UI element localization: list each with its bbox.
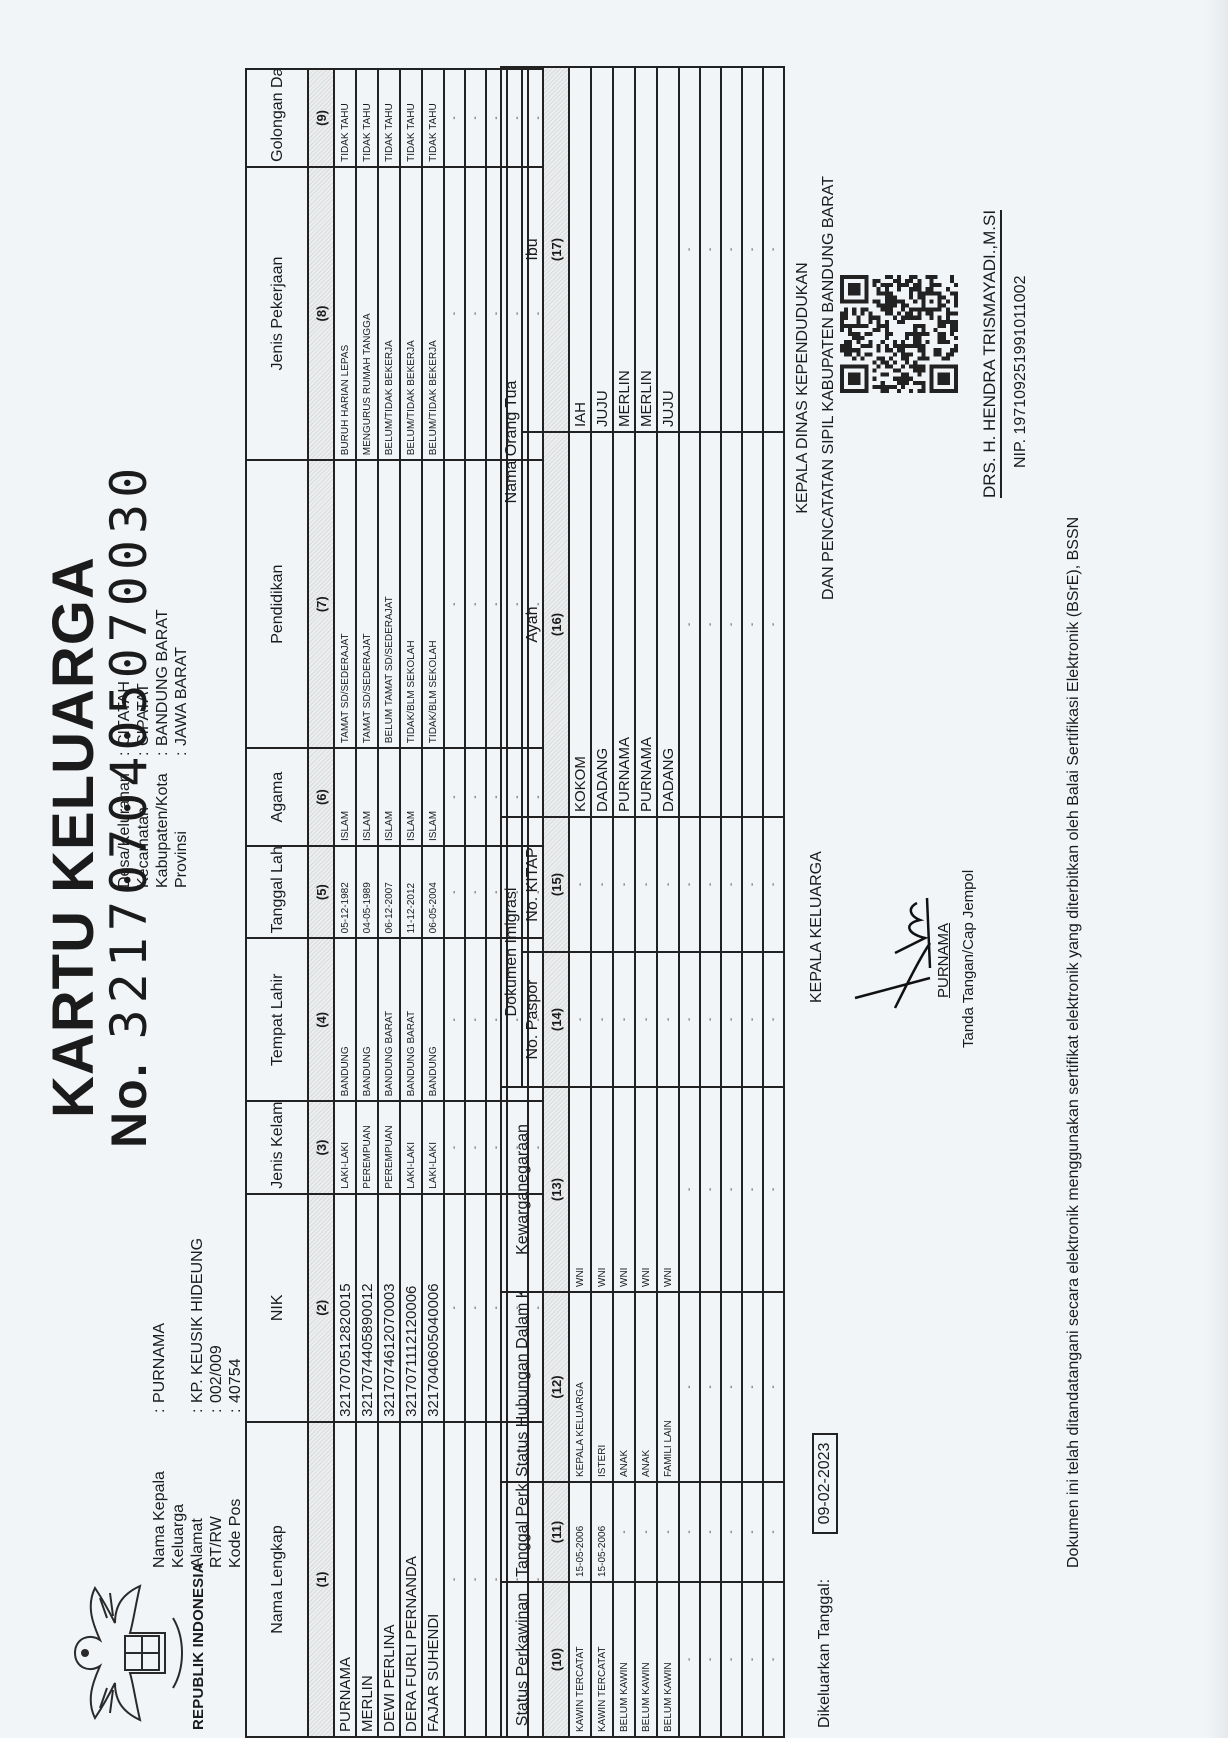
issued-date-block: Dikeluarkan Tanggal: 09-02-2023	[812, 1433, 838, 1728]
table-cell-empty: -	[465, 748, 486, 846]
table-row-empty: ---------	[465, 69, 486, 1737]
table-cell-empty: -	[465, 167, 486, 460]
table-cell: IAH	[569, 67, 591, 432]
table-row-empty: --------	[700, 67, 721, 1737]
table-cell: -	[613, 1482, 635, 1582]
table-cell: MENGURUS RUMAH TANGGA	[356, 167, 378, 460]
table1-number-row: (1)(2)(3)(4)(5)(6)(7)(8)(9)	[308, 69, 334, 1737]
col-number: (8)	[308, 167, 334, 460]
table-cell: ISLAM	[356, 748, 378, 846]
table-cell-empty: -	[465, 1194, 486, 1422]
label-kecamatan: Kecamatan	[134, 756, 153, 888]
th-col-4: Tempat Lahir	[246, 938, 308, 1101]
table-cell-empty: -	[721, 1292, 742, 1482]
table-cell-empty: -	[763, 952, 784, 1087]
table-cell-empty: -	[679, 1292, 700, 1482]
table-cell: BELUM/TIDAK BEKERJA	[422, 167, 444, 460]
table-cell: BELUM/TIDAK BEKERJA	[400, 167, 422, 460]
table-cell: LAKI-LAKI	[334, 1101, 356, 1193]
table-cell-empty: -	[763, 67, 784, 432]
table-cell-empty: -	[679, 432, 700, 817]
table-cell-empty: -	[763, 1292, 784, 1482]
table-row: DERA FURLI PERNANDA3217071112120006LAKI-…	[400, 69, 422, 1737]
table-cell-empty: -	[700, 817, 721, 952]
table-cell-empty: -	[679, 1582, 700, 1737]
col-number: (15)	[543, 817, 569, 952]
table-cell: 3217040605040006	[422, 1194, 444, 1422]
th-no-paspor: No. Paspor	[522, 952, 543, 1087]
table-cell: KEPALA KELUARGA	[569, 1292, 591, 1482]
table-cell: TIDAK TAHU	[356, 69, 378, 167]
table-cell-empty: -	[679, 67, 700, 432]
issued-date: 09-02-2023	[812, 1433, 838, 1535]
table-cell: WNI	[635, 1087, 657, 1292]
col-number: (10)	[543, 1582, 569, 1737]
table-cell: MERLIN	[356, 1422, 378, 1737]
table-cell: -	[635, 817, 657, 952]
col-number: (4)	[308, 938, 334, 1101]
table-cell-empty: -	[742, 67, 763, 432]
table-cell-empty: -	[444, 1422, 465, 1737]
table-cell-empty: -	[721, 817, 742, 952]
th-col-8: Jenis Pekerjaan	[246, 167, 308, 460]
table-cell: DERA FURLI PERNANDA	[400, 1422, 422, 1737]
th-status-perkawinan: Status Perkawinan	[501, 1582, 543, 1737]
table-cell: BANDUNG BARAT	[400, 938, 422, 1101]
label-provinsi: Provinsi	[172, 756, 191, 888]
table-cell: BANDUNG	[334, 938, 356, 1101]
table-cell-empty: -	[444, 748, 465, 846]
table1-header-row: Nama LengkapNIKJenis KelaminTempat Lahir…	[246, 69, 308, 1737]
col-number: (2)	[308, 1194, 334, 1422]
th-no-kitap: No. KITAP	[522, 817, 543, 952]
table-cell: ANAK	[635, 1292, 657, 1482]
table-row-empty: --------	[763, 67, 784, 1737]
table-cell-empty: -	[721, 1087, 742, 1292]
table-cell: FAMILI LAIN	[657, 1292, 679, 1482]
table-cell: LAKI-LAKI	[422, 1101, 444, 1193]
th-ayah: Ayah	[522, 432, 543, 817]
label-nama-kepala: Nama Kepala Keluarga	[150, 1413, 188, 1568]
th-col-5: Tanggal Lahir	[246, 846, 308, 938]
table-cell: DEWI PERLINA	[378, 1422, 400, 1737]
table-cell-empty: -	[444, 167, 465, 460]
table-cell: 05-12-1982	[334, 846, 356, 938]
col-number: (5)	[308, 846, 334, 938]
table-cell: TAMAT SD/SEDERAJAT	[356, 460, 378, 748]
table-cell-empty: -	[465, 1422, 486, 1737]
table-cell: 15-05-2006	[591, 1482, 613, 1582]
issued-label: Dikeluarkan Tanggal:	[816, 1579, 833, 1728]
th-col-3: Jenis Kelamin	[246, 1101, 308, 1193]
label-rtrw: RT/RW	[207, 1413, 226, 1568]
kk-number-label: No.	[101, 1061, 157, 1148]
table-cell: TIDAK/BLM SEKOLAH	[422, 460, 444, 748]
table-cell: 3217071112120006	[400, 1194, 422, 1422]
official-name: DRS. H. HENDRA TRISMAYADI.,M.SI	[980, 210, 1002, 498]
table-cell: PURNAMA	[613, 432, 635, 817]
th-col-1: Nama Lengkap	[246, 1422, 308, 1737]
table-cell: KOKOM	[569, 432, 591, 817]
kk-signature-note: Tanda Tangan/Cap Jempol	[960, 870, 977, 1048]
table-cell-empty: -	[679, 1087, 700, 1292]
household-info-left: Nama Kepala Keluarga:PURNAMA Alamat:KP. …	[150, 1238, 245, 1568]
table-cell-empty: -	[700, 1482, 721, 1582]
table-cell-empty: -	[763, 817, 784, 952]
table-cell: 3217070512820015	[334, 1194, 356, 1422]
table-cell-empty: -	[742, 1087, 763, 1292]
table-row: BELUM KAWIN-ANAKWNI--PURNAMAMERLIN	[613, 67, 635, 1737]
table-cell: 06-05-2004	[422, 846, 444, 938]
table-row: DEWI PERLINA3217074612070003PEREMPUANBAN…	[378, 69, 400, 1737]
table-cell: WNI	[569, 1087, 591, 1292]
col-number: (6)	[308, 748, 334, 846]
table2-body: KAWIN TERCATAT15-05-2006KEPALA KELUARGAW…	[569, 67, 784, 1737]
table-cell-empty: -	[679, 817, 700, 952]
table-cell: BURUH HARIAN LEPAS	[334, 167, 356, 460]
table-cell: -	[657, 952, 679, 1087]
th-col-7: Pendidikan	[246, 460, 308, 748]
value-kode-pos: 40754	[226, 1359, 245, 1404]
th-dokumen-imigrasi: Dokumen Imigrasi	[501, 817, 522, 1087]
table-cell-empty: -	[465, 846, 486, 938]
label-alamat: Alamat	[188, 1413, 207, 1568]
table-cell: -	[635, 952, 657, 1087]
table-cell: TIDAK TAHU	[334, 69, 356, 167]
table-cell: PURNAMA	[334, 1422, 356, 1737]
th-kewarganegaraan: Kewarganegaraan	[501, 1087, 543, 1292]
table-cell-empty: -	[742, 1482, 763, 1582]
th-col-9: Golongan Darah	[246, 69, 308, 167]
table-cell-empty: -	[742, 817, 763, 952]
table-cell: -	[635, 1482, 657, 1582]
table-cell: ISLAM	[400, 748, 422, 846]
table-cell: ISTERI	[591, 1292, 613, 1482]
table-cell: BELUM KAWIN	[613, 1582, 635, 1737]
table-cell-empty: -	[465, 938, 486, 1101]
table-cell-empty: -	[679, 952, 700, 1087]
table-cell-empty: -	[763, 1482, 784, 1582]
table-cell-empty: -	[679, 1482, 700, 1582]
table-cell-empty: -	[763, 1582, 784, 1737]
table-cell: PURNAMA	[635, 432, 657, 817]
table-cell-empty: -	[742, 1582, 763, 1737]
table-row-empty: ---------	[444, 69, 465, 1737]
electronic-signature-disclaimer: Dokumen ini telah ditandatangani secara …	[1065, 517, 1083, 1568]
family-card-document: REPUBLIK INDONESIA KARTU KELUARGA No.321…	[0, 0, 1228, 1738]
table-cell-empty: -	[444, 1194, 465, 1422]
table-cell: DADANG	[591, 432, 613, 817]
table-cell-empty: -	[763, 432, 784, 817]
table-cell: PEREMPUAN	[378, 1101, 400, 1193]
table-cell: BANDUNG	[422, 938, 444, 1101]
table-cell: MERLIN	[613, 67, 635, 432]
table-cell-empty: -	[444, 69, 465, 167]
garuda-emblem-icon	[55, 1578, 195, 1728]
table-cell-empty: -	[465, 460, 486, 748]
table-cell-empty: -	[721, 67, 742, 432]
table-cell: PEREMPUAN	[356, 1101, 378, 1193]
table-cell: -	[613, 952, 635, 1087]
family-status-table: Status Perkawinan Tanggal Perkawinan Sta…	[500, 66, 785, 1738]
table-cell: LAKI-LAKI	[400, 1101, 422, 1193]
table-cell: 3217074405890012	[356, 1194, 378, 1422]
table-cell-empty: -	[763, 1087, 784, 1292]
table-row: KAWIN TERCATAT15-05-2006KEPALA KELUARGAW…	[569, 67, 591, 1737]
table-row-empty: --------	[742, 67, 763, 1737]
table-cell: 15-05-2006	[569, 1482, 591, 1582]
table-cell: ISLAM	[422, 748, 444, 846]
table-cell: 06-12-2007	[378, 846, 400, 938]
document-title: KARTU KELUARGA	[40, 556, 107, 1118]
table-cell: TIDAK TAHU	[378, 69, 400, 167]
table-row: FAJAR SUHENDI3217040605040006LAKI-LAKIBA…	[422, 69, 444, 1737]
qr-code-icon	[840, 275, 958, 393]
th-ibu: Ibu	[522, 67, 543, 432]
th-col-2: NIK	[246, 1194, 308, 1422]
table-cell-empty: -	[444, 460, 465, 748]
table-cell: BELUM KAWIN	[657, 1582, 679, 1737]
table-cell-empty: -	[700, 952, 721, 1087]
table-cell: WNI	[613, 1087, 635, 1292]
table-cell: 04-05-1989	[356, 846, 378, 938]
table-row: BELUM KAWIN-FAMILI LAINWNI--DADANGJUJU	[657, 67, 679, 1737]
kk-signature-title: KEPALA KELUARGA	[808, 851, 826, 1003]
col-number: (17)	[543, 67, 569, 432]
table-cell: -	[591, 952, 613, 1087]
table-cell: FAJAR SUHENDI	[422, 1422, 444, 1737]
table-cell-empty: -	[444, 938, 465, 1101]
table2-header-row-1: Status Perkawinan Tanggal Perkawinan Sta…	[501, 67, 522, 1737]
table-cell-empty: -	[742, 432, 763, 817]
col-number: (13)	[543, 1087, 569, 1292]
th-status-hubungan: Status Hubungan Dalam Keluarga	[501, 1292, 543, 1482]
table-cell-empty: -	[700, 67, 721, 432]
table-row: BELUM KAWIN-ANAKWNI--PURNAMAMERLIN	[635, 67, 657, 1737]
table-cell: ANAK	[613, 1292, 635, 1482]
col-number: (14)	[543, 952, 569, 1087]
col-number: (11)	[543, 1482, 569, 1582]
table-cell: TIDAK/BLM SEKOLAH	[400, 460, 422, 748]
table-cell: BANDUNG	[356, 938, 378, 1101]
table-row: PURNAMA3217070512820015LAKI-LAKIBANDUNG0…	[334, 69, 356, 1737]
value-provinsi: JAWA BARAT	[172, 647, 191, 746]
table-cell: 11-12-2012	[400, 846, 422, 938]
table-cell: KAWIN TERCATAT	[569, 1582, 591, 1737]
table-cell: BELUM/TIDAK BEKERJA	[378, 167, 400, 460]
table-cell: JUJU	[591, 67, 613, 432]
issuing-office-line-1: KEPALA DINAS KEPENDUDUKAN	[790, 158, 816, 618]
value-kabupaten: BANDUNG BARAT	[153, 609, 172, 746]
table-cell-empty: -	[742, 952, 763, 1087]
table-cell-empty: -	[700, 432, 721, 817]
table-cell: -	[613, 817, 635, 952]
table-cell: TIDAK TAHU	[422, 69, 444, 167]
table-cell: JUJU	[657, 67, 679, 432]
col-number: (7)	[308, 460, 334, 748]
table-cell-empty: -	[742, 1292, 763, 1482]
table-cell: ISLAM	[334, 748, 356, 846]
table-cell: DADANG	[657, 432, 679, 817]
label-desa: Desa/Kelurahan	[115, 756, 134, 888]
table-cell-empty: -	[721, 952, 742, 1087]
col-number: (9)	[308, 69, 334, 167]
table-row-empty: --------	[679, 67, 700, 1737]
table-cell: BELUM KAWIN	[635, 1582, 657, 1737]
value-desa: CITATAH	[115, 681, 134, 746]
scan-artifact	[1205, 0, 1228, 1738]
col-number: (12)	[543, 1292, 569, 1482]
col-number: (3)	[308, 1101, 334, 1193]
th-tanggal-perkawinan: Tanggal Perkawinan	[501, 1482, 543, 1582]
table-cell: WNI	[657, 1087, 679, 1292]
table-cell-empty: -	[700, 1582, 721, 1737]
table-cell: ISLAM	[378, 748, 400, 846]
household-info-right: Desa/Kelurahan:CITATAH Kecamatan:CIPATAT…	[115, 609, 191, 888]
table-cell: KAWIN TERCATAT	[591, 1582, 613, 1737]
table-cell-empty: -	[444, 846, 465, 938]
th-col-6: Agama	[246, 748, 308, 846]
label-kode-pos: Kode Pos	[226, 1413, 245, 1568]
table-cell: -	[657, 1482, 679, 1582]
value-alamat: KP. KEUSIK HIDEUNG	[188, 1238, 207, 1403]
table-cell: -	[569, 817, 591, 952]
official-nip: NIP. 197109251991011002	[1012, 276, 1030, 468]
table-row: KAWIN TERCATAT15-05-2006ISTERIWNI--DADAN…	[591, 67, 613, 1737]
table-cell-empty: -	[465, 69, 486, 167]
table-row-empty: --------	[721, 67, 742, 1737]
th-nama-orang-tua: Nama Orang Tua	[501, 67, 522, 817]
table-cell: MERLIN	[635, 67, 657, 432]
table-cell-empty: -	[444, 1101, 465, 1193]
table2-number-row: (10)(11)(12)(13)(14)(15)(16)(17)	[543, 67, 569, 1737]
value-nama-kepala: PURNAMA	[150, 1323, 188, 1403]
table-cell-empty: -	[465, 1101, 486, 1193]
label-kabupaten: Kabupaten/Kota	[153, 756, 172, 888]
table-cell-empty: -	[721, 1482, 742, 1582]
issuing-office: KEPALA DINAS KEPENDUDUKAN DAN PENCATATAN…	[790, 158, 842, 618]
table-cell: -	[591, 817, 613, 952]
table-cell-empty: -	[721, 432, 742, 817]
table-row: MERLIN3217074405890012PEREMPUANBANDUNG04…	[356, 69, 378, 1737]
table-cell-empty: -	[700, 1087, 721, 1292]
table-cell-empty: -	[721, 1582, 742, 1737]
table-cell: WNI	[591, 1087, 613, 1292]
table-cell: -	[569, 952, 591, 1087]
table-cell: TAMAT SD/SEDERAJAT	[334, 460, 356, 748]
table-cell: -	[657, 817, 679, 952]
kk-signature-name: PURNAMA	[935, 923, 952, 998]
table-cell-empty: -	[700, 1292, 721, 1482]
table-cell: TIDAK TAHU	[400, 69, 422, 167]
table-cell: BANDUNG BARAT	[378, 938, 400, 1101]
table-cell: 3217074612070003	[378, 1194, 400, 1422]
country-label: REPUBLIK INDONESIA	[190, 1562, 207, 1730]
col-number: (16)	[543, 432, 569, 817]
col-number: (1)	[308, 1422, 334, 1737]
issuing-office-line-2: DAN PENCATATAN SIPIL KABUPATEN BANDUNG B…	[816, 158, 842, 618]
value-kecamatan: CIPATAT	[134, 683, 153, 746]
value-rtrw: 002/009	[207, 1345, 226, 1403]
table-cell: BELUM TAMAT SD/SEDERAJAT	[378, 460, 400, 748]
